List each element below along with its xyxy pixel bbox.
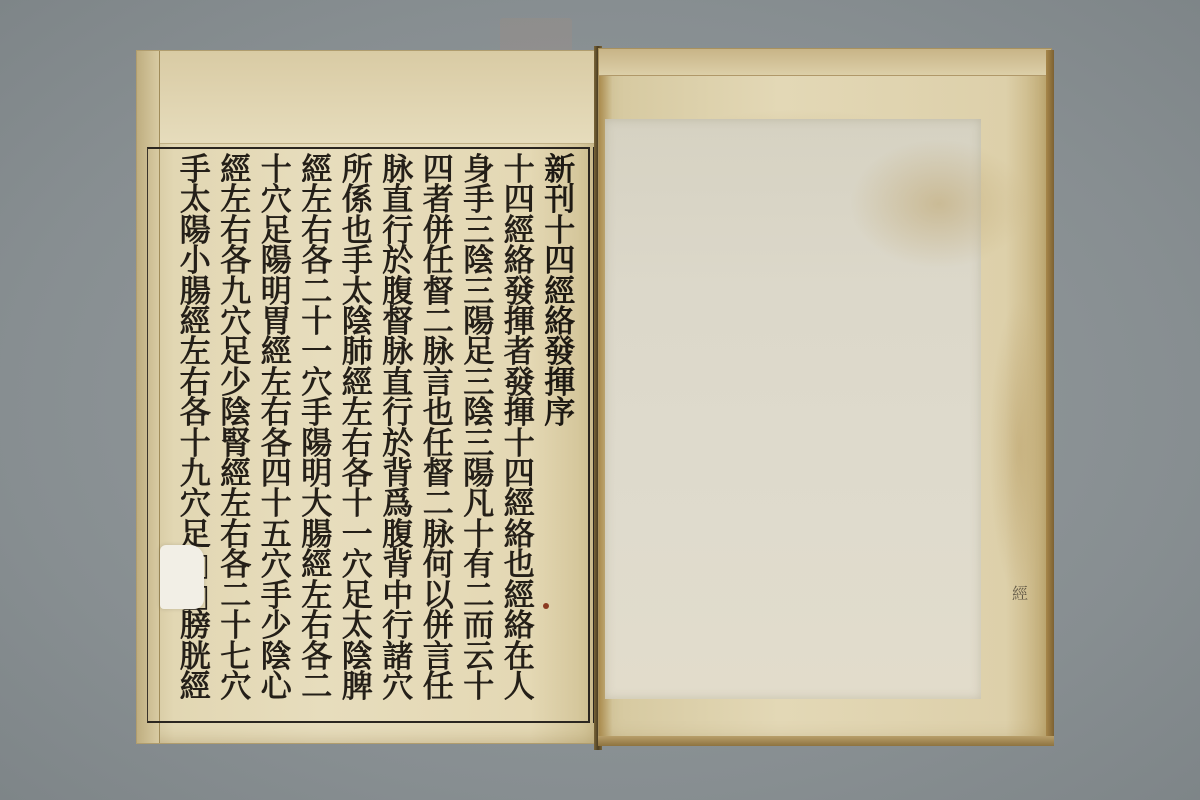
- glyph: 云: [462, 642, 496, 672]
- right-cover-edge: [1046, 50, 1054, 744]
- glyph: 行: [381, 216, 415, 246]
- glyph: 任: [421, 246, 455, 276]
- glyph: 絡: [502, 611, 536, 641]
- glyph: 手: [300, 398, 334, 428]
- left-page: 新刊十四經絡發揮序 十四經絡發揮者發揮十四經絡也經絡在人 身手三陰三陽足三陰三陽…: [136, 50, 600, 744]
- glyph: 經: [502, 216, 536, 246]
- glyph: 脉: [381, 155, 415, 185]
- glyph: 經: [502, 581, 536, 611]
- glyph: 經: [259, 337, 293, 367]
- glyph: 十: [502, 429, 536, 459]
- glyph: 各: [340, 459, 374, 489]
- glyph: 陰: [462, 398, 496, 428]
- glyph: 揮: [543, 368, 577, 398]
- glyph: 行: [381, 611, 415, 641]
- glyph: 各: [178, 398, 212, 428]
- glyph: 二: [300, 672, 334, 702]
- glyph: 足: [219, 337, 253, 367]
- left-page-top-margin: [137, 51, 599, 144]
- glyph: 刊: [543, 185, 577, 215]
- glyph: 何: [421, 550, 455, 580]
- glyph: 十: [178, 429, 212, 459]
- glyph: 經: [300, 550, 334, 580]
- glyph: 左: [219, 489, 253, 519]
- glyph: 四: [502, 185, 536, 215]
- glyph: 穴: [178, 489, 212, 519]
- glyph: 督: [421, 459, 455, 489]
- glyph: 右: [300, 611, 334, 641]
- glyph: 於: [381, 429, 415, 459]
- glyph: 爲: [381, 489, 415, 519]
- glyph: 手: [340, 246, 374, 276]
- text-column-3: 四者併任督二脉言也任督二脉何以併言任: [418, 155, 459, 715]
- glyph: 發: [543, 337, 577, 367]
- glyph: 穴: [259, 185, 293, 215]
- glyph: 穴: [300, 368, 334, 398]
- glyph: 各: [259, 429, 293, 459]
- glyph: 陰: [340, 642, 374, 672]
- glyph: 左: [219, 185, 253, 215]
- glyph: 陰: [462, 246, 496, 276]
- glyph: 各: [219, 550, 253, 580]
- glyph: 人: [502, 672, 536, 702]
- glyph: 行: [381, 398, 415, 428]
- glyph: 穴: [259, 550, 293, 580]
- text-columns: 新刊十四經絡發揮序 十四經絡發揮者發揮十四經絡也經絡在人 身手三陰三陽足三陰三陽…: [154, 155, 580, 715]
- glyph: 二: [219, 581, 253, 611]
- glyph: 各: [300, 246, 334, 276]
- glyph: 手: [259, 581, 293, 611]
- glyph: 左: [259, 368, 293, 398]
- glyph: 四: [543, 246, 577, 276]
- red-ink-spot: [543, 603, 549, 609]
- glyph: 者: [421, 185, 455, 215]
- glyph: 十: [259, 155, 293, 185]
- glyph: 十: [543, 216, 577, 246]
- glyph: 腸: [178, 277, 212, 307]
- print-frame: 新刊十四經絡發揮序 十四經絡發揮者發揮十四經絡也經絡在人 身手三陰三陽足三陰三陽…: [147, 147, 590, 723]
- right-page: [598, 48, 1052, 746]
- glyph: 在: [502, 642, 536, 672]
- glyph: 四: [259, 459, 293, 489]
- glyph: 三: [462, 368, 496, 398]
- glyph: 明: [259, 277, 293, 307]
- glyph: 凡: [462, 489, 496, 519]
- glyph: 穴: [219, 672, 253, 702]
- open-book: 新刊十四經絡發揮序 十四經絡發揮者發揮十四經絡也經絡在人 身手三陰三陽足三陰三陽…: [132, 46, 1056, 750]
- glyph: 十: [259, 489, 293, 519]
- preface-title-column: 新刊十四經絡發揮序: [540, 155, 581, 715]
- glyph: 各: [300, 642, 334, 672]
- text-column-5: 所係也手太陰肺經左右各十一穴足太陰脾: [337, 155, 378, 715]
- glyph: 膀: [178, 611, 212, 641]
- glyph: 併: [421, 216, 455, 246]
- glyph: 督: [381, 307, 415, 337]
- glyph: 穴: [340, 550, 374, 580]
- glyph: 穴: [219, 307, 253, 337]
- glyph: 任: [421, 672, 455, 702]
- glyph: 少: [219, 368, 253, 398]
- glyph: 十: [340, 489, 374, 519]
- page-edge-glyph: 經: [1012, 586, 1034, 636]
- glyph: 陽: [462, 307, 496, 337]
- glyph: 中: [381, 581, 415, 611]
- glyph: 右: [259, 398, 293, 428]
- glyph: 二: [421, 489, 455, 519]
- glyph: 足: [259, 216, 293, 246]
- glyph: 經: [502, 489, 536, 519]
- glyph: 揮: [502, 307, 536, 337]
- glyph: 陽: [178, 216, 212, 246]
- glyph: 心: [259, 672, 293, 702]
- glyph: 腹: [381, 520, 415, 550]
- text-column-9: 手太陽小腸經左右各十九穴足□□膀胱經: [175, 155, 216, 715]
- glyph: 有: [462, 550, 496, 580]
- text-column-7: 十穴足陽明胃經左右各四十五穴手少陰心: [256, 155, 297, 715]
- glyph: 絡: [502, 520, 536, 550]
- glyph: 太: [340, 611, 374, 641]
- water-stain: [849, 139, 1029, 269]
- glyph: 於: [381, 246, 415, 276]
- glyph: 右: [219, 520, 253, 550]
- glyph: 穴: [381, 672, 415, 702]
- glyph: 四: [502, 459, 536, 489]
- glyph: 明: [300, 459, 334, 489]
- glyph: 大: [300, 489, 334, 519]
- glyph: 新: [543, 155, 577, 185]
- glyph: 十: [502, 155, 536, 185]
- glyph: 身: [462, 155, 496, 185]
- glyph: 二: [421, 307, 455, 337]
- glyph: 左: [178, 337, 212, 367]
- glyph: 腎: [219, 429, 253, 459]
- glyph: 係: [340, 185, 374, 215]
- glyph: 右: [178, 368, 212, 398]
- glyph: 背: [381, 550, 415, 580]
- glyph: 經: [178, 307, 212, 337]
- glyph: 胃: [259, 307, 293, 337]
- glyph: 陽: [259, 246, 293, 276]
- glyph: 以: [421, 581, 455, 611]
- glyph: 陽: [462, 459, 496, 489]
- glyph: 足: [340, 581, 374, 611]
- glyph: 經: [178, 672, 212, 702]
- glyph: 小: [178, 246, 212, 276]
- glyph: 者: [502, 337, 536, 367]
- glyph: 而: [462, 611, 496, 641]
- text-column-8: 經左右各九穴足少陰腎經左右各二十七穴: [216, 155, 257, 715]
- glyph: 也: [421, 398, 455, 428]
- glyph: 三: [462, 429, 496, 459]
- glyph: 經: [543, 277, 577, 307]
- glyph: 陰: [340, 307, 374, 337]
- glyph: 右: [219, 216, 253, 246]
- glyph: 一: [340, 520, 374, 550]
- edge-stain: [989, 299, 1049, 599]
- glyph: 右: [300, 216, 334, 246]
- text-column-4: 脉直行於腹督脉直行於背爲腹背中行諸穴: [378, 155, 419, 715]
- glyph: 一: [300, 337, 334, 367]
- glyph: 揮: [502, 398, 536, 428]
- glyph: 二: [300, 277, 334, 307]
- glyph: 手: [462, 185, 496, 215]
- glyph: 序: [543, 398, 577, 428]
- text-column-1: 十四經絡發揮者發揮十四經絡也經絡在人: [499, 155, 540, 715]
- glyph: 言: [421, 368, 455, 398]
- glyph: 諸: [381, 642, 415, 672]
- glyph: 手: [178, 155, 212, 185]
- glyph: 十: [219, 611, 253, 641]
- glyph: 太: [178, 185, 212, 215]
- text-column-2: 身手三陰三陽足三陰三陽凡十有二而云十: [459, 155, 500, 715]
- glyph: 七: [219, 642, 253, 672]
- glyph: 十: [462, 520, 496, 550]
- glyph: 九: [219, 277, 253, 307]
- glyph: 三: [462, 216, 496, 246]
- glyph: 腹: [381, 277, 415, 307]
- glyph: 陰: [259, 642, 293, 672]
- glyph: 左: [340, 398, 374, 428]
- glyph: 十: [300, 307, 334, 337]
- glyph: 脉: [381, 337, 415, 367]
- glyph: 肺: [340, 337, 374, 367]
- glyph: 也: [340, 216, 374, 246]
- glyph: 脉: [421, 337, 455, 367]
- glyph: 十: [462, 672, 496, 702]
- glyph: 少: [259, 611, 293, 641]
- glyph: 言: [421, 642, 455, 672]
- glyph: 督: [421, 277, 455, 307]
- glyph: 腸: [300, 520, 334, 550]
- glyph: 經: [219, 155, 253, 185]
- glyph: 也: [502, 550, 536, 580]
- glyph: 右: [340, 429, 374, 459]
- glyph: 陰: [219, 398, 253, 428]
- glyph: 併: [421, 611, 455, 641]
- glyph: 五: [259, 520, 293, 550]
- bottom-cover-edge: [598, 736, 1054, 746]
- paper-tear: [160, 545, 204, 609]
- glyph: 九: [178, 459, 212, 489]
- glyph: 陽: [300, 429, 334, 459]
- glyph: 脾: [340, 672, 374, 702]
- glyph: 足: [462, 337, 496, 367]
- glyph: 左: [300, 581, 334, 611]
- glyph: 三: [462, 277, 496, 307]
- glyph: 經: [219, 459, 253, 489]
- glyph: 經: [300, 155, 334, 185]
- right-page-top-edge: [599, 49, 1051, 76]
- glyph: 絡: [543, 307, 577, 337]
- glyph: 二: [462, 581, 496, 611]
- text-column-6: 經左右各二十一穴手陽明大腸經左右各二: [297, 155, 338, 715]
- glyph: 四: [421, 155, 455, 185]
- glyph: 直: [381, 185, 415, 215]
- glyph: 發: [502, 277, 536, 307]
- glyph: 各: [219, 246, 253, 276]
- glyph: 左: [300, 185, 334, 215]
- glyph: 發: [502, 368, 536, 398]
- glyph: 胱: [178, 642, 212, 672]
- glyph: 脉: [421, 520, 455, 550]
- glyph: 直: [381, 368, 415, 398]
- glyph: 所: [340, 155, 374, 185]
- glyph: 經: [340, 368, 374, 398]
- glyph: 太: [340, 277, 374, 307]
- glyph: 背: [381, 459, 415, 489]
- glyph: 絡: [502, 246, 536, 276]
- glyph: 任: [421, 429, 455, 459]
